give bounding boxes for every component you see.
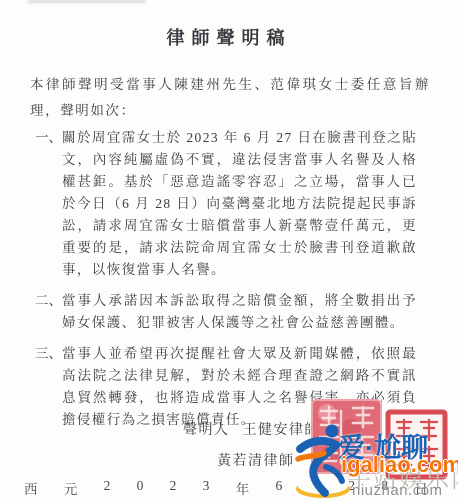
date-token: 2 bbox=[104, 478, 111, 498]
date-token: 6 bbox=[275, 478, 282, 498]
date-token: 3 bbox=[203, 478, 210, 498]
item-text: 當事人承諾因本訴訟取得之賠償金額，將全數捐出予婦女保護、犯罪被害人保護等之社會公… bbox=[62, 290, 417, 334]
statement-item: 一、 關於周宜霈女士於 2023 年 6 月 27 日在臉書刊登之貼文，內容純屬… bbox=[35, 127, 417, 281]
page-title: 律師聲明稿 bbox=[0, 24, 458, 50]
item-marker: 三、 bbox=[35, 343, 62, 431]
watermark-logo-icon bbox=[292, 415, 352, 502]
scan-artifact bbox=[28, 0, 146, 3]
item-text: 關於周宜霈女士於 2023 年 6 月 27 日在臉書刊登之貼文，內容純屬虛偽不… bbox=[62, 127, 417, 281]
date-token: 年 bbox=[236, 478, 250, 498]
signature-line: 黃若清律師 bbox=[217, 450, 295, 470]
document-page: 律師聲明稿 本律師聲明受當事人陳建州先生、范偉琪女士委任意旨辦理，聲明如次： 一… bbox=[0, 0, 458, 502]
statement-item: 二、 當事人承諾因本訴訟取得之賠償金額，將全數捐出予婦女保護、犯罪被害人保護等之… bbox=[35, 290, 417, 334]
watermark-site-url: igaliao.com bbox=[341, 452, 458, 478]
date-token: 元 bbox=[64, 478, 78, 498]
declarant-label: 聲明人 bbox=[183, 423, 230, 438]
date-token: 0 bbox=[137, 478, 144, 498]
lawyer-name-2: 黃若清律師 bbox=[217, 454, 295, 469]
item-marker: 一、 bbox=[35, 127, 62, 281]
watermark-secondary-url: niuzhan.com bbox=[352, 482, 443, 499]
date-token: 2 bbox=[170, 478, 177, 498]
item-marker: 二、 bbox=[35, 290, 62, 334]
intro-paragraph: 本律師聲明受當事人陳建州先生、范偉琪女士委任意旨辦理，聲明如次： bbox=[30, 72, 430, 124]
statement-list: 一、 關於周宜霈女士於 2023 年 6 月 27 日在臉書刊登之貼文，內容純屬… bbox=[35, 127, 417, 440]
date-token: 西 bbox=[24, 478, 38, 498]
